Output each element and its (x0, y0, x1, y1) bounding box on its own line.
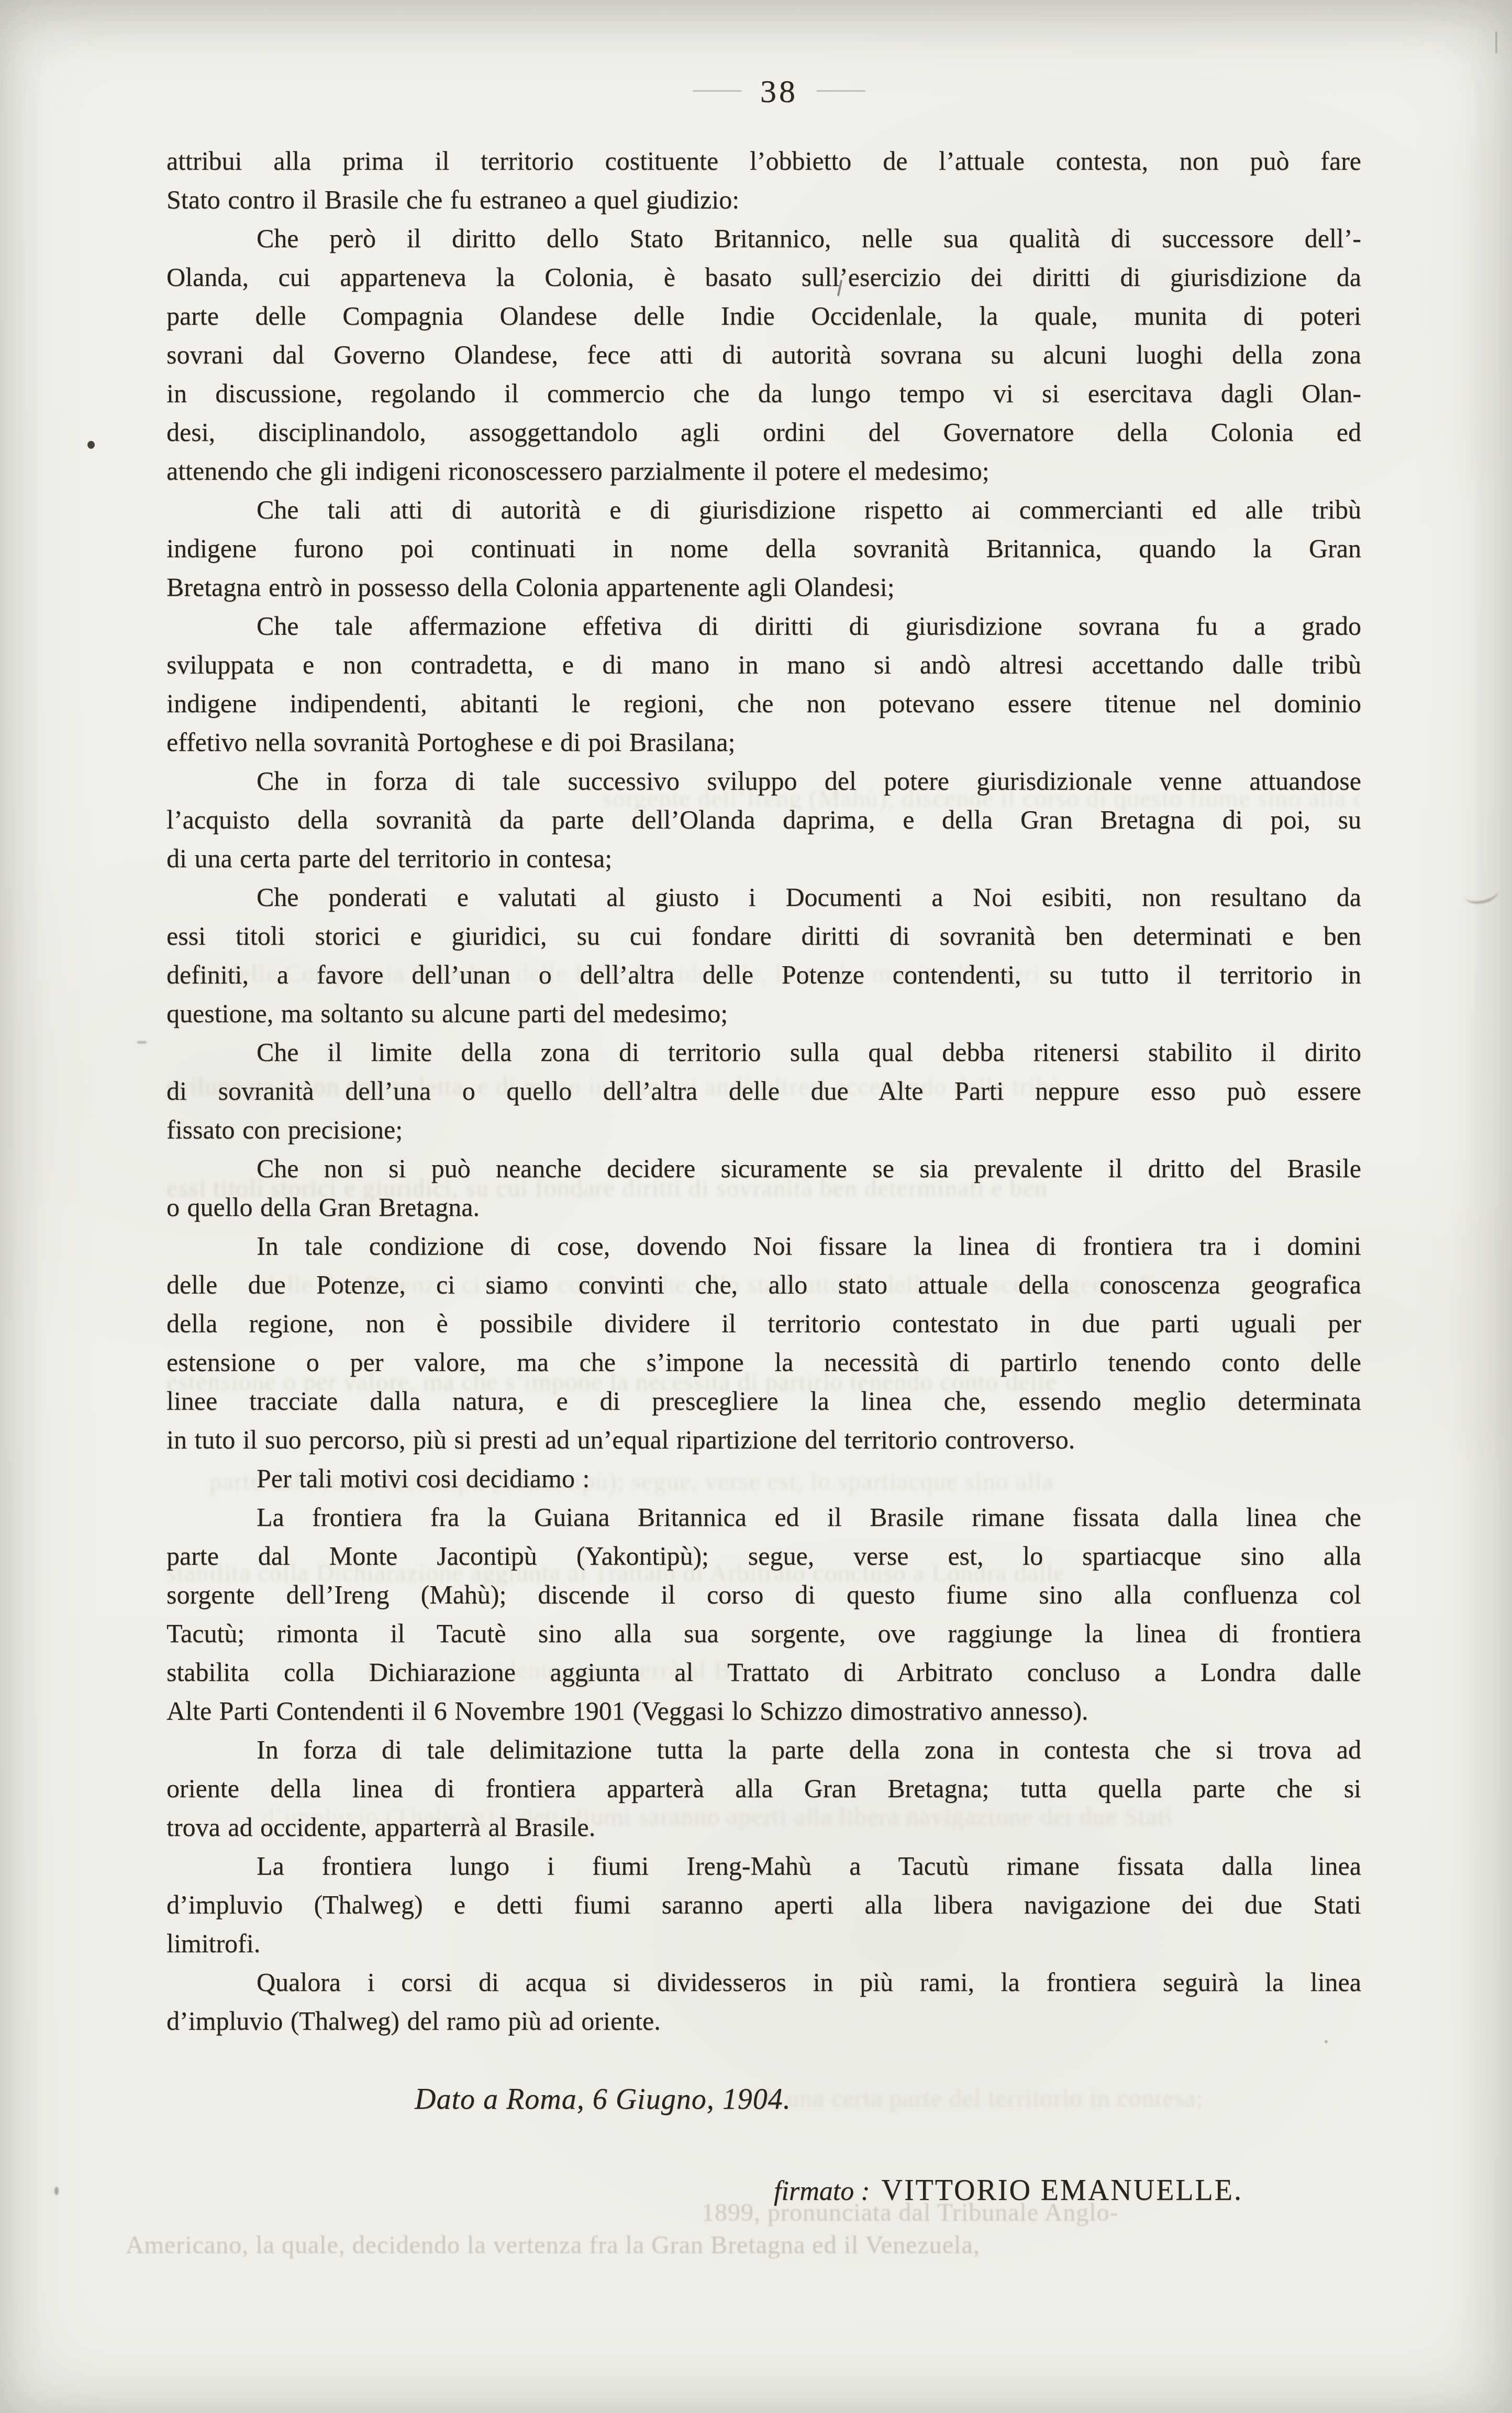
text-line: di una certa parte del territorio in con… (166, 839, 1361, 878)
signature-prefix: firmato : (774, 2176, 870, 2206)
text-line: di sovranità dell’una o quello dell’altr… (166, 1071, 1361, 1110)
text-line: Alte Parti Contendenti il 6 Novembre 190… (166, 1691, 1361, 1730)
text-line: delle due Potenze, ci siamo convinti che… (166, 1265, 1361, 1304)
text-line: estensione o per valore, ma che s’impone… (166, 1343, 1361, 1381)
text-line: indigene indipendenti, abitanti le regio… (166, 684, 1361, 723)
page-number-dash-right: — (817, 71, 864, 107)
text-line: in discussione, regolando il commercio c… (166, 374, 1361, 413)
ink-speck (87, 441, 95, 449)
ink-speck (137, 1041, 147, 1044)
document-body: attribui alla prima il territorio costit… (166, 141, 1361, 2040)
text-line: Olanda, cui apparteneva la Colonia, è ba… (166, 258, 1361, 296)
text-line: Bretagna entrò in possesso della Colonia… (166, 568, 1361, 606)
margin-mark (1463, 882, 1500, 907)
dateline: Dato a Roma, 6 Giugno, 1904. (415, 2080, 791, 2119)
text-line: Per tali motivi cosi decidiamo : (166, 1459, 1361, 1498)
bleedthrough-text: Americano, la quale, decidendo la verten… (126, 2230, 1351, 2262)
text-line: sorgente dell’Ireng (Mahù); discende il … (166, 1575, 1361, 1614)
text-line: attribui alla prima il territorio costit… (166, 141, 1361, 180)
text-line: Qualora i corsi di acqua si dividesseros… (166, 1963, 1361, 2001)
scanned-document-page: —38— sorgente dell’Ireng (Mahù); discend… (0, 0, 1512, 2413)
page-number-dash-left: — (693, 71, 741, 107)
text-line: o quello della Gran Bretagna. (166, 1188, 1361, 1226)
page-number: —38— (0, 73, 1512, 113)
text-line: attenendo che gli indigeni riconoscesser… (166, 451, 1361, 490)
text-line: in tuto il suo percorso, più si presti a… (166, 1420, 1361, 1459)
text-line: Tacutù; rimonta il Tacutè sino alla sua … (166, 1614, 1361, 1653)
text-line: della regione, non è possibile dividere … (166, 1304, 1361, 1343)
text-line: indigene furono poi continuati in nome d… (166, 529, 1361, 568)
text-line: limitrofi. (166, 1924, 1361, 1963)
text-line: In forza di tale delimitazione tutta la … (166, 1730, 1361, 1769)
text-line: Che ponderati e valutati al giusto i Doc… (166, 878, 1361, 916)
text-line: Che in forza di tale successivo sviluppo… (166, 761, 1361, 800)
text-line: definiti, a favore dell’unan o dell’altr… (166, 955, 1361, 994)
text-line: sovrani dal Governo Olandese, fece atti … (166, 335, 1361, 374)
text-line: parte dal Monte Jacontipù (Yakontipù); s… (166, 1536, 1361, 1575)
text-line: Che tali atti di autorità e di giurisdiz… (166, 490, 1361, 529)
bleedthrough-text: di una certa parte del territorio in con… (759, 2083, 1361, 2116)
text-line: essi titoli storici e giuridici, su cui … (166, 916, 1361, 955)
signature-name: VITTORIO EMANUELLE. (881, 2174, 1243, 2207)
text-line: parte delle Compagnia Olandese delle Ind… (166, 296, 1361, 335)
text-line: trova ad occidente, apparterrà al Brasil… (166, 1808, 1361, 1846)
text-line: Che tale affermazione effetiva di diritt… (166, 606, 1361, 645)
text-line: d’impluvio (Thalweg) e detti fiumi saran… (166, 1885, 1361, 1924)
text-line: questione, ma soltanto su alcune parti d… (166, 994, 1361, 1033)
text-line: l’acquisto della sovranità da parte dell… (166, 800, 1361, 839)
text-line: desi, disciplinandolo, assoggettandolo a… (166, 413, 1361, 451)
text-line: La frontiera fra la Guiana Britannica ed… (166, 1498, 1361, 1536)
ink-speck (1495, 31, 1497, 53)
text-line: Che però il diritto dello Stato Britanni… (166, 219, 1361, 258)
text-line: In tale condizione di cose, dovendo Noi … (166, 1226, 1361, 1265)
text-line: oriente della linea di frontiera apparte… (166, 1769, 1361, 1808)
signature-line: firmato :VITTORIO EMANUELLE. (774, 2171, 1243, 2211)
text-line: Che non si può neanche decidere sicurame… (166, 1149, 1361, 1188)
text-line: stabilita colla Dichiarazione aggiunta a… (166, 1653, 1361, 1691)
text-line: Stato contro il Brasile che fu estraneo … (166, 180, 1361, 219)
ink-speck (54, 2187, 59, 2195)
text-line: linee tracciate dalla natura, e di presc… (166, 1381, 1361, 1420)
text-line: effetivo nella sovranità Portoghese e di… (166, 723, 1361, 761)
ink-speck (1325, 2040, 1328, 2043)
text-line: d’impluvio (Thalweg) del ramo più ad ori… (166, 2001, 1361, 2040)
page-number-value: 38 (760, 74, 798, 109)
text-line: sviluppata e non contradetta, e di mano … (166, 645, 1361, 684)
text-line: La frontiera lungo i fiumi Ireng-Mahù a … (166, 1846, 1361, 1885)
text-line: Che il limite della zona di territorio s… (166, 1033, 1361, 1071)
text-line: fissato con precisione; (166, 1110, 1361, 1149)
